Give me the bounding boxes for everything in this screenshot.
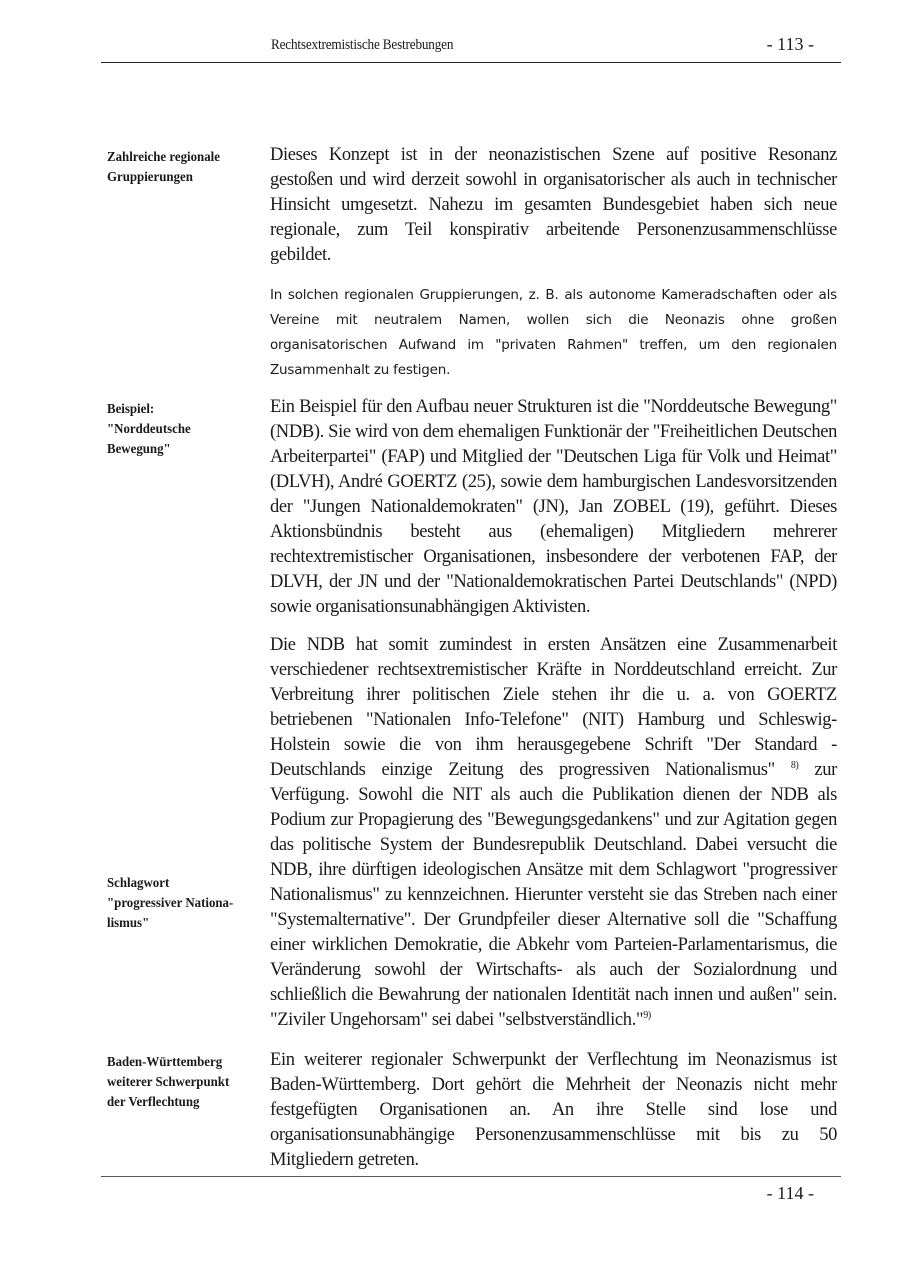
paragraph-text-part-1: Die NDB hat somit zumindest in ersten An… [270,635,837,780]
margin-note-baden-wuerttemberg: Baden-Württemberg weiterer Schwerpunkt d… [107,1053,254,1113]
paragraph-text-part-2: zur Verfügung. Sowohl die NIT als auch d… [270,760,837,1030]
page-footer: - 114 - [101,1176,841,1177]
paragraph-regional-groupings: In solchen regionalen Gruppierungen, z. … [270,283,837,383]
paragraph-baden-wuerttemberg: Ein weiterer regionaler Schwerpunkt der … [270,1048,837,1173]
margin-note-ndb-example: Beispiel: "Norddeutsche Bewegung" [107,400,254,460]
margin-note-progressive-nationalism: Schlagwort "progressiver Nationa- lismus… [107,874,254,934]
paragraph-ndb-cooperation: Die NDB hat somit zumindest in ersten An… [270,633,837,1033]
footer-page-number: - 114 - [767,1183,814,1204]
header-page-number: - 113 - [767,34,814,55]
footnote-marker-9: 9) [643,1010,651,1021]
paragraph-concept: Dieses Konzept ist in der neonazistische… [270,143,837,268]
paragraph-ndb-structure: Ein Beispiel für den Aufbau neuer Strukt… [270,395,837,620]
margin-note-regional-groups: Zahlreiche regionale Gruppierungen [107,148,254,188]
page-header: Rechtsextremistische Bestrebungen - 113 … [101,30,841,63]
running-header-title: Rechtsextremistische Bestrebungen [271,37,453,54]
